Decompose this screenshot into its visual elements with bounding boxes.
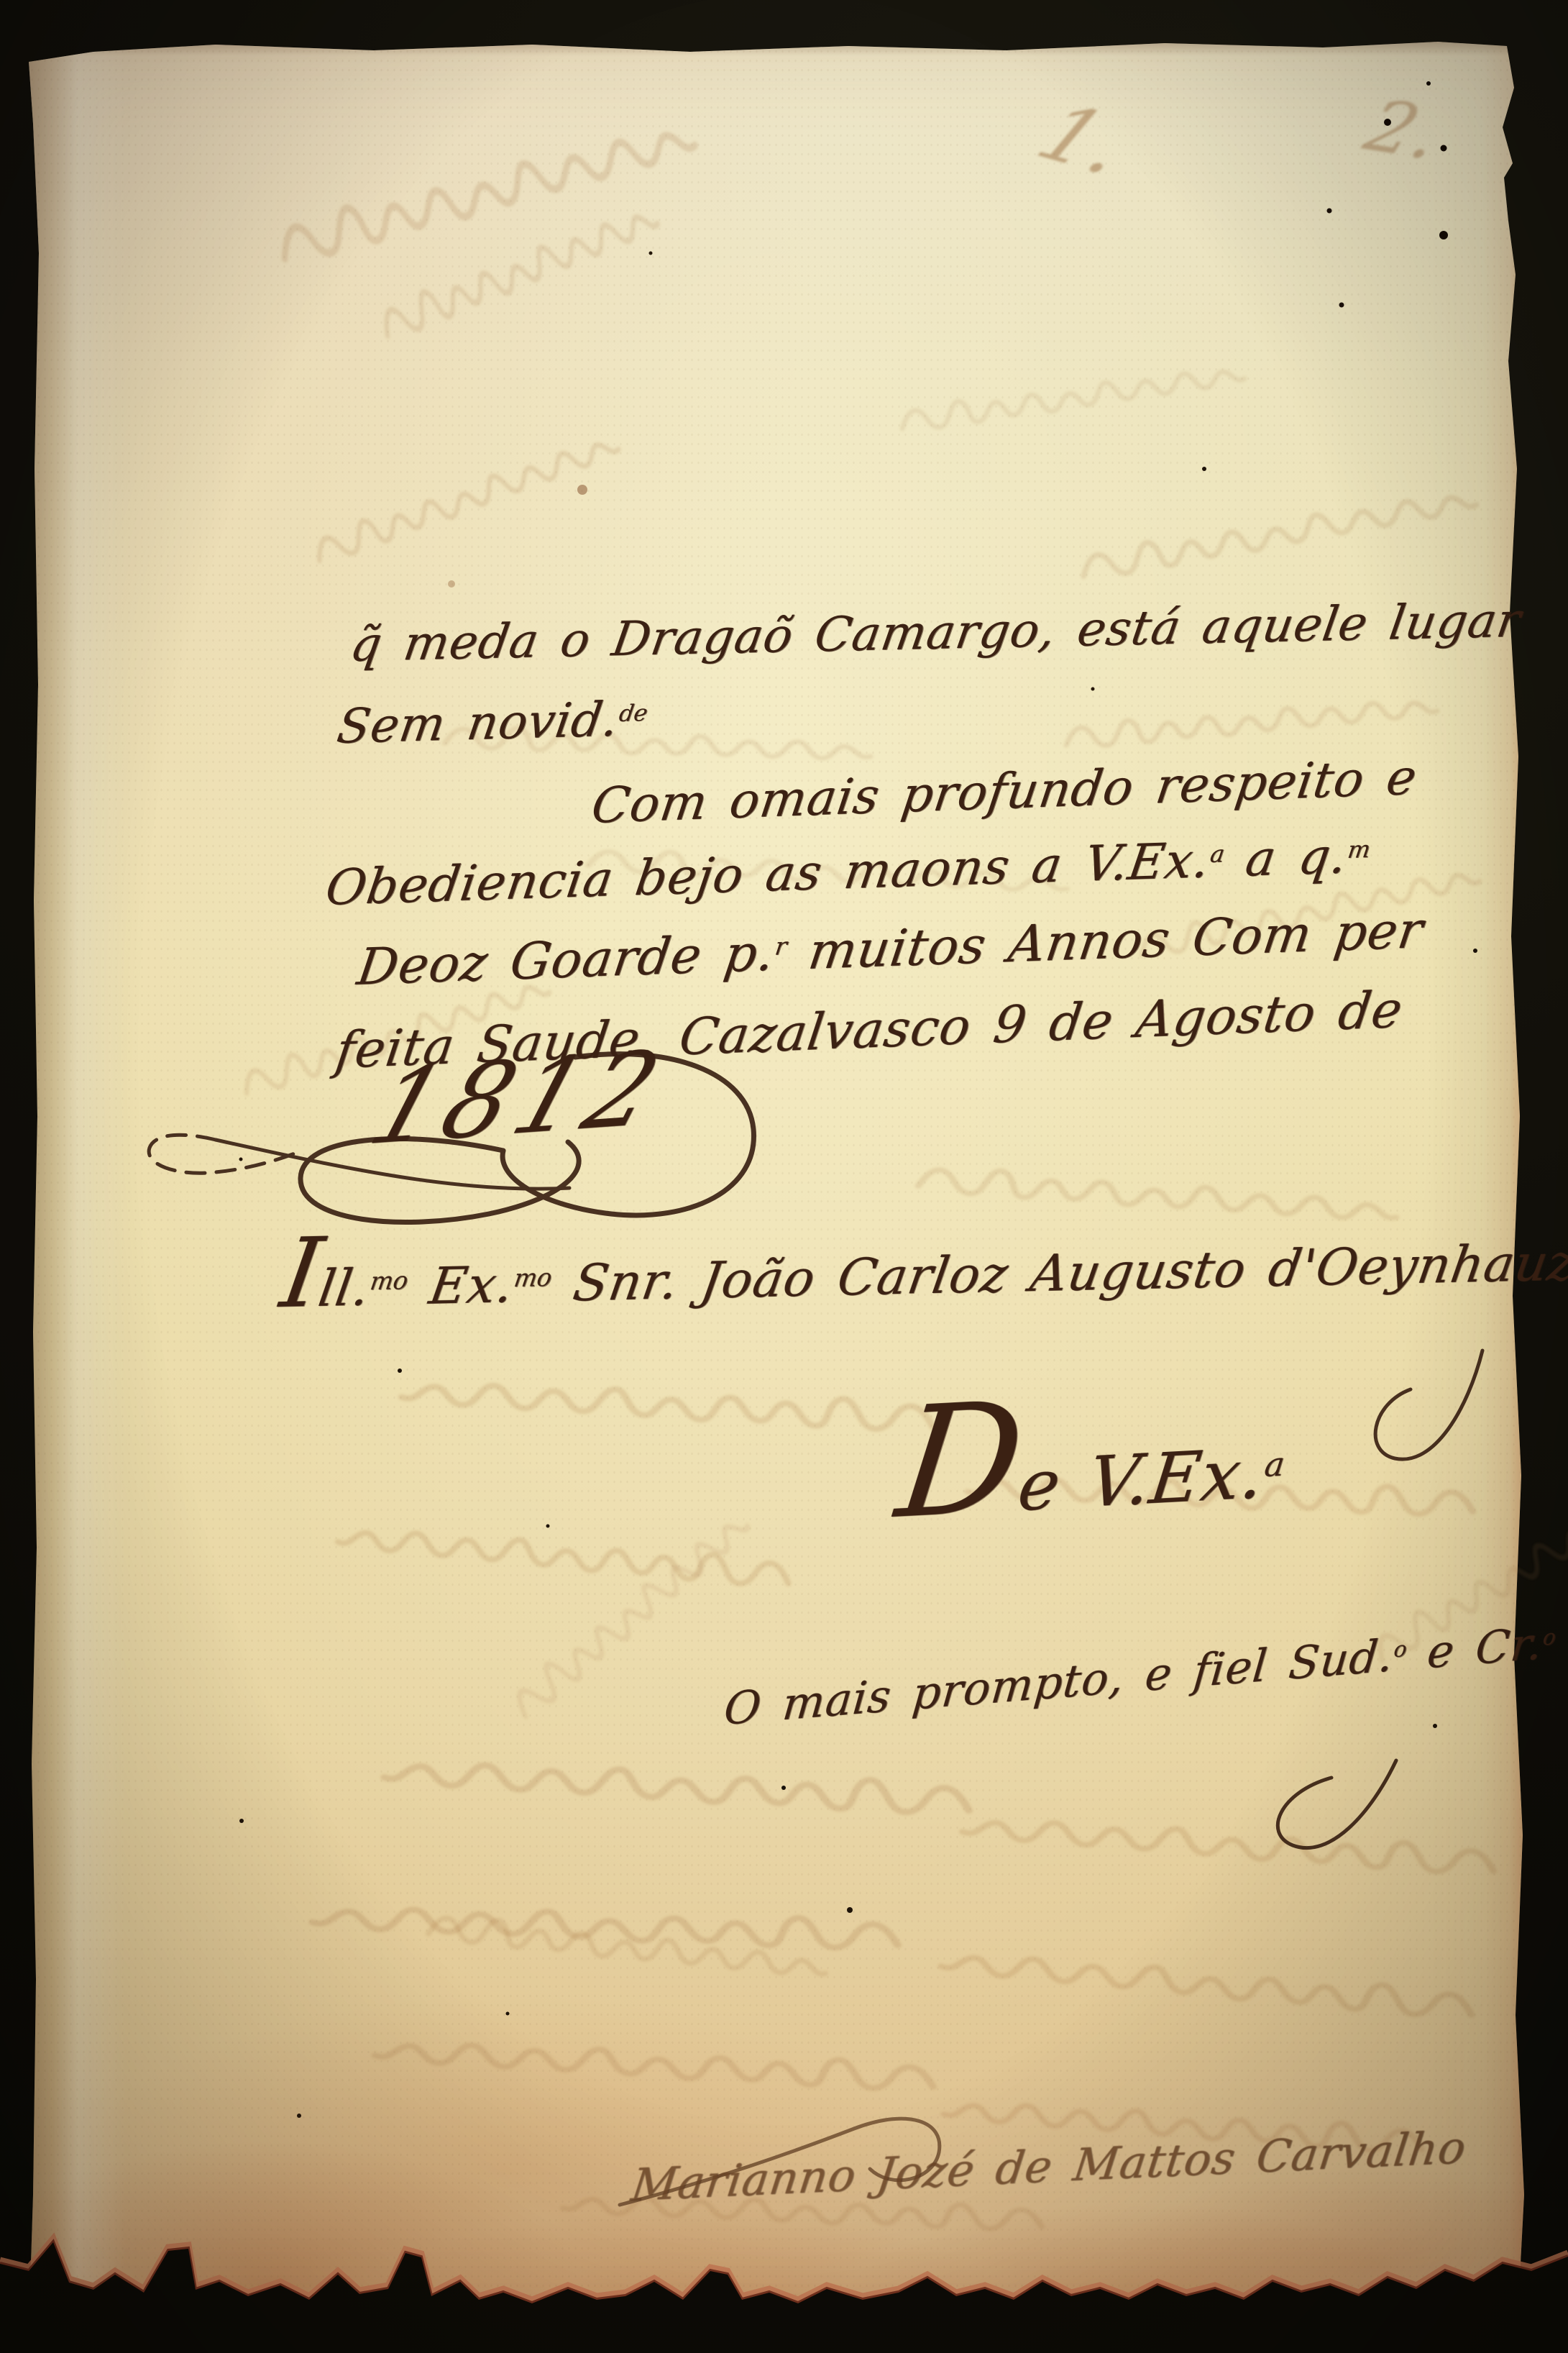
line4-superscript-m: m [1346, 836, 1372, 864]
line4-text-2: a q. [1219, 828, 1351, 889]
line2-superscript: de [618, 700, 649, 727]
letter-body-line-2: Sem novid.de [334, 690, 651, 754]
address-honorific-2: Ex. [403, 1255, 518, 1316]
address-superscript-1: mo [368, 1266, 410, 1295]
address-superscript-2: mo [512, 1264, 554, 1292]
closing-superscript-2: o [1541, 1625, 1556, 1651]
line2-text: Sem novid. [334, 691, 623, 754]
closing-text-2: e Cr. [1404, 1617, 1545, 1681]
address-honorific: Ill. [276, 1258, 374, 1319]
photograph: 1. 2. q̃ meda o Dragaõ Camargo, está aqu… [0, 0, 1568, 2353]
letter-year: 1812 [357, 1028, 680, 1169]
manuscript-page [29, 37, 1526, 2331]
